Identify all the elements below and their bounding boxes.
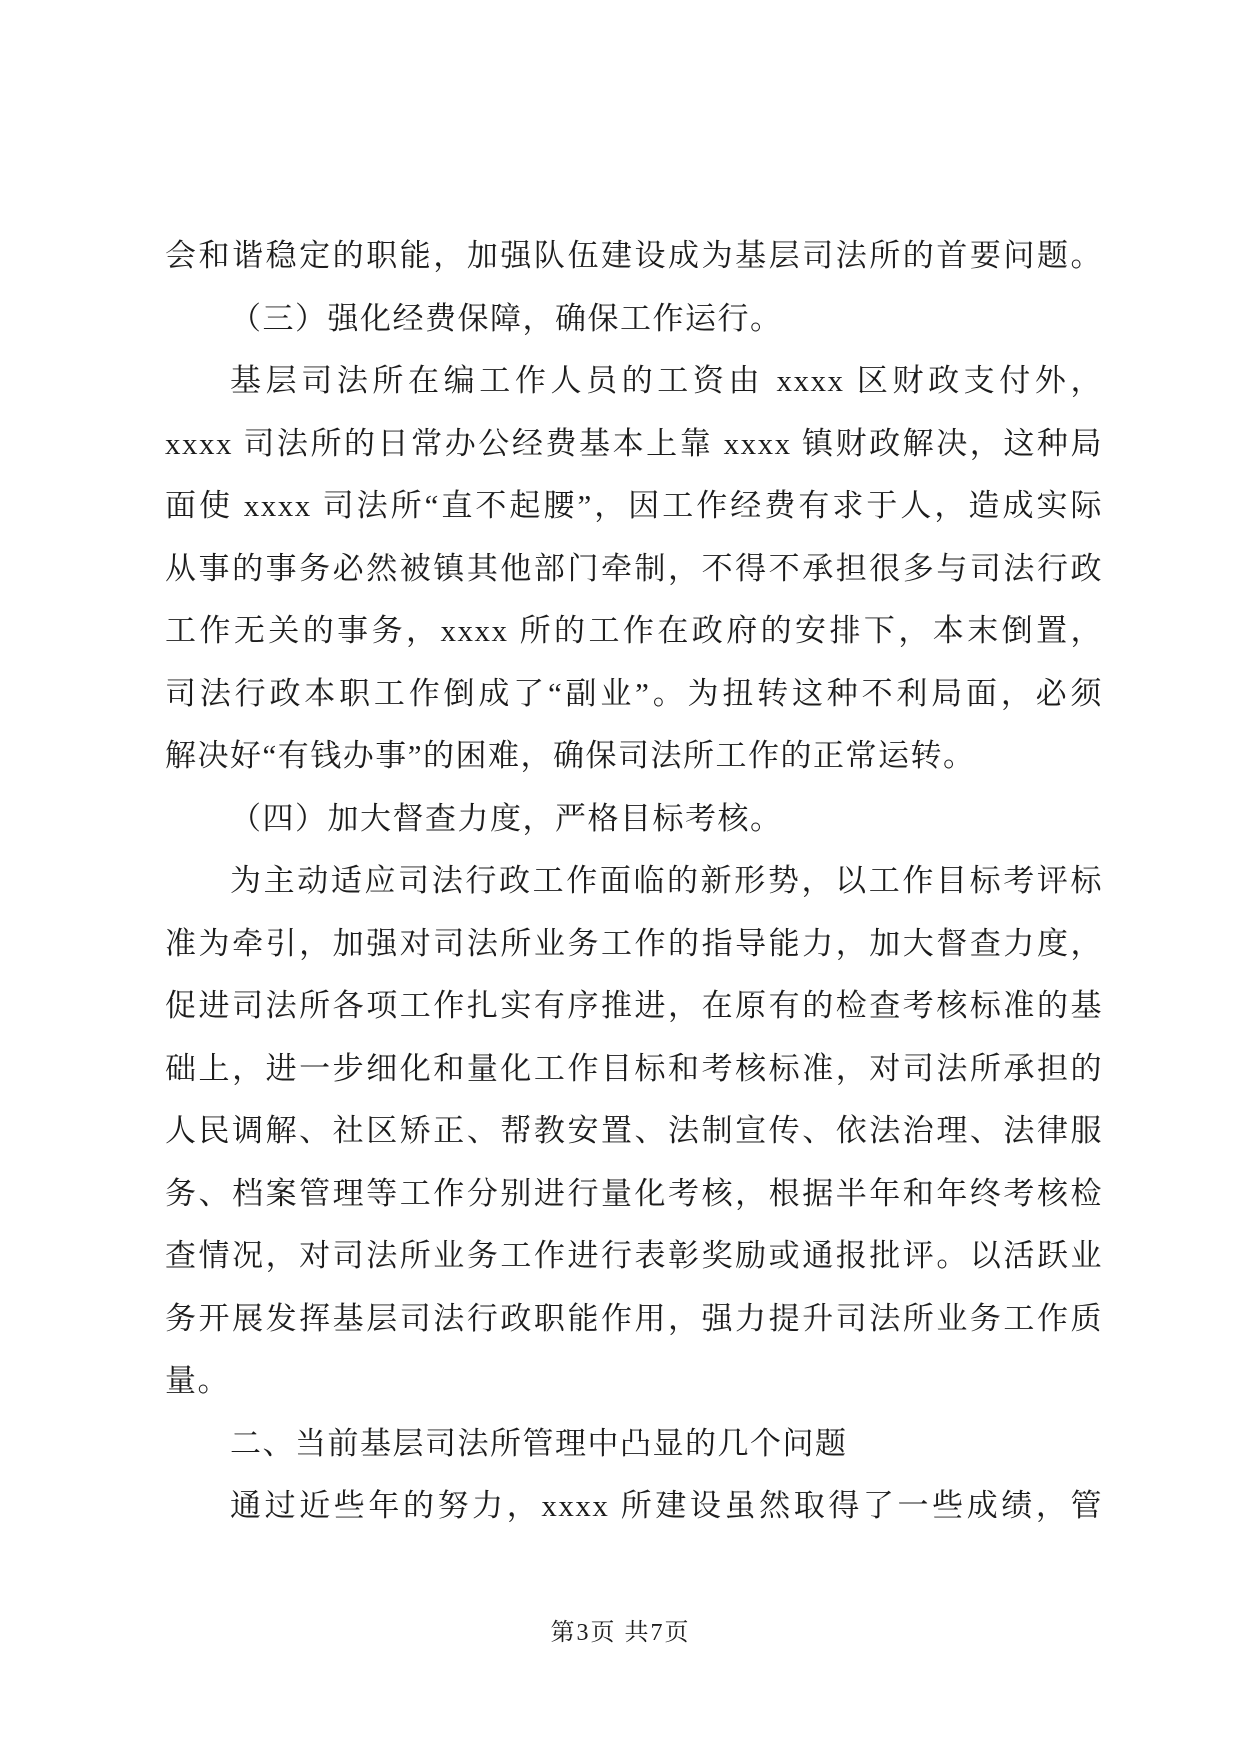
text-line: （三）强化经费保障，确保工作运行。 bbox=[165, 288, 1103, 351]
text-line: 量。 bbox=[165, 1350, 1103, 1413]
text-line: 司法行政本职工作倒成了“副业”。为扭转这种不利局面，必须 bbox=[165, 663, 1103, 726]
text-line: 工作无关的事务，xxxx 所的工作在政府的安排下，本末倒置， bbox=[165, 600, 1103, 663]
text-line: 会和谐稳定的职能，加强队伍建设成为基层司法所的首要问题。 bbox=[165, 225, 1103, 288]
text-line: 二、当前基层司法所管理中凸显的几个问题 bbox=[165, 1413, 1103, 1476]
text-line: 促进司法所各项工作扎实有序推进，在原有的检查考核标准的基 bbox=[165, 975, 1103, 1038]
text-line: 人民调解、社区矫正、帮教安置、法制宣传、依法治理、法律服 bbox=[165, 1100, 1103, 1163]
document-page: 会和谐稳定的职能，加强队伍建设成为基层司法所的首要问题。（三）强化经费保障，确保… bbox=[0, 0, 1241, 1754]
text-line: 通过近些年的努力，xxxx 所建设虽然取得了一些成绩，管 bbox=[165, 1475, 1103, 1538]
text-line: 务、档案管理等工作分别进行量化考核，根据半年和年终考核检 bbox=[165, 1163, 1103, 1226]
document-body: 会和谐稳定的职能，加强队伍建设成为基层司法所的首要问题。（三）强化经费保障，确保… bbox=[165, 225, 1103, 1538]
text-line: xxxx 司法所的日常办公经费基本上靠 xxxx 镇财政解决，这种局 bbox=[165, 413, 1103, 476]
text-line: 础上，进一步细化和量化工作目标和考核标准，对司法所承担的 bbox=[165, 1038, 1103, 1101]
text-line: （四）加大督查力度，严格目标考核。 bbox=[165, 788, 1103, 851]
text-line: 面使 xxxx 司法所“直不起腰”，因工作经费有求于人，造成实际 bbox=[165, 475, 1103, 538]
text-line: 查情况，对司法所业务工作进行表彰奖励或通报批评。以活跃业 bbox=[165, 1225, 1103, 1288]
text-line: 为主动适应司法行政工作面临的新形势，以工作目标考评标 bbox=[165, 850, 1103, 913]
text-line: 准为牵引，加强对司法所业务工作的指导能力，加大督查力度， bbox=[165, 913, 1103, 976]
text-line: 解决好“有钱办事”的困难，确保司法所工作的正常运转。 bbox=[165, 725, 1103, 788]
text-line: 基层司法所在编工作人员的工资由 xxxx 区财政支付外， bbox=[165, 350, 1103, 413]
page-footer: 第3页 共7页 bbox=[0, 1608, 1241, 1658]
text-line: 务开展发挥基层司法行政职能作用，强力提升司法所业务工作质 bbox=[165, 1288, 1103, 1351]
text-line: 从事的事务必然被镇其他部门牵制，不得不承担很多与司法行政 bbox=[165, 538, 1103, 601]
